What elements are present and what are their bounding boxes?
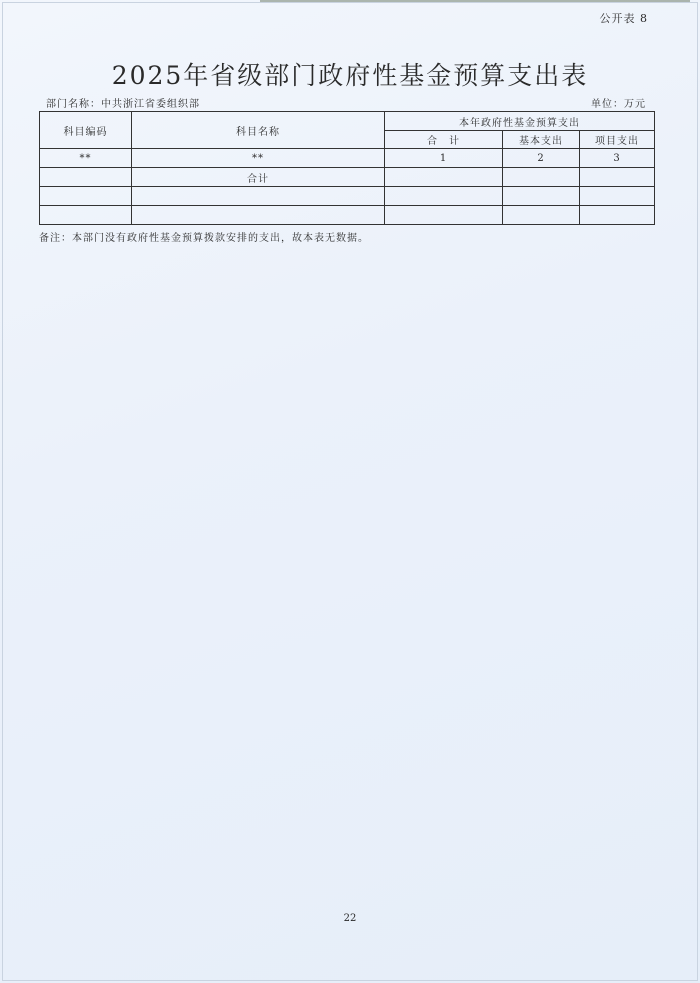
cell: [503, 168, 580, 187]
page-title: 2025年省级部门政府性基金预算支出表: [0, 56, 700, 92]
department-label: 部门名称：中共浙江省委组织部: [46, 95, 200, 110]
index-row: ** ** 1 2 3: [40, 149, 655, 168]
cell: **: [132, 149, 385, 168]
cell: [132, 206, 385, 225]
cell: [132, 187, 385, 206]
cell: [385, 168, 503, 187]
table-note: 备注：本部门没有政府性基金预算拨款安排的支出，故本表无数据。: [39, 229, 369, 244]
cell: [385, 206, 503, 225]
cell: 1: [385, 149, 503, 168]
budget-table: 科目编码 科目名称 本年政府性基金预算支出 合 计 基本支出 项目支出 ** *…: [39, 111, 655, 225]
table-header-row: 科目编码 科目名称 本年政府性基金预算支出: [40, 112, 655, 131]
header-project: 项目支出: [580, 131, 655, 149]
cell: [503, 206, 580, 225]
header-group: 本年政府性基金预算支出: [385, 112, 655, 131]
cell: 合计: [132, 168, 385, 187]
header-basic: 基本支出: [503, 131, 580, 149]
header-subject-code: 科目编码: [40, 112, 132, 149]
cell: 2: [503, 149, 580, 168]
table-number: 公开表 8: [600, 10, 649, 26]
cell: [40, 206, 132, 225]
meta-row: 部门名称：中共浙江省委组织部 单位：万元: [46, 95, 646, 110]
cell: [580, 187, 655, 206]
scan-edge: [260, 0, 690, 2]
cell: [40, 168, 132, 187]
cell: **: [40, 149, 132, 168]
table-row: [40, 187, 655, 206]
cell: 3: [580, 149, 655, 168]
page-number: 22: [0, 913, 700, 924]
cell: [580, 168, 655, 187]
table-row: [40, 206, 655, 225]
cell: [40, 187, 132, 206]
header-total: 合 计: [385, 131, 503, 149]
table-row: 合计: [40, 168, 655, 187]
cell: [580, 206, 655, 225]
unit-label: 单位：万元: [591, 95, 646, 110]
cell: [503, 187, 580, 206]
cell: [385, 187, 503, 206]
header-subject-name: 科目名称: [132, 112, 385, 149]
